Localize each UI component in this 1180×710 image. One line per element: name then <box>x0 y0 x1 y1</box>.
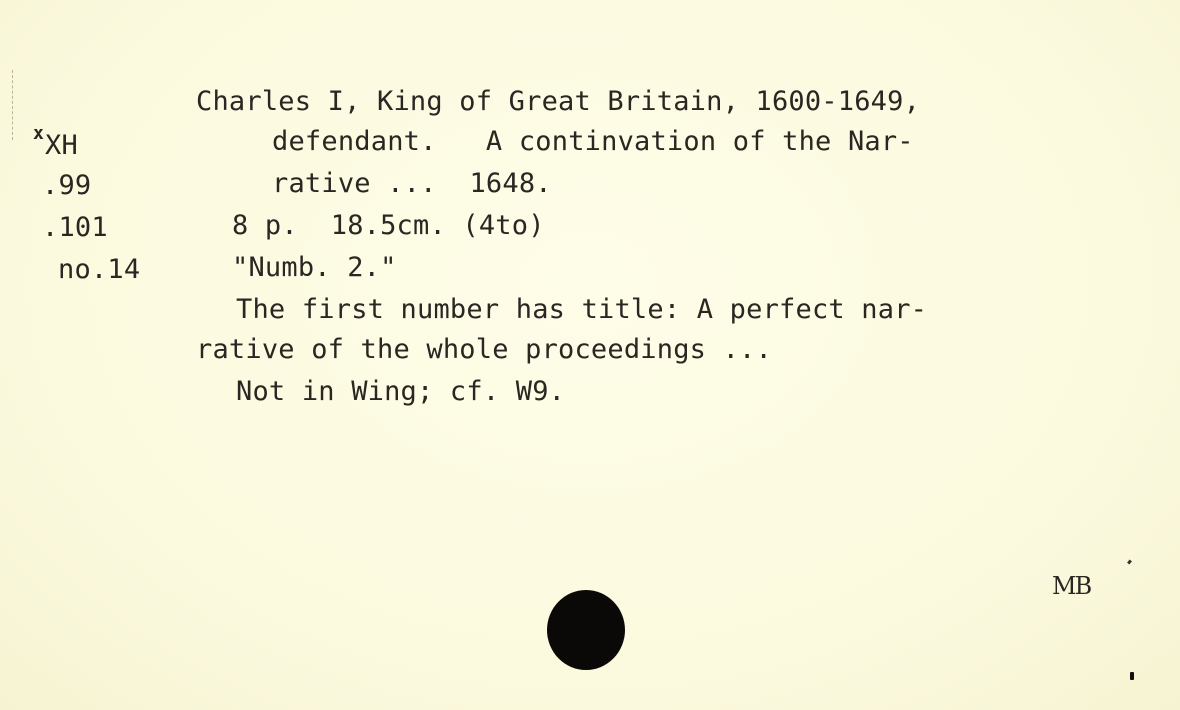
entry-title-continuation: rative ... 1648. <box>272 170 552 197</box>
call-number-line-4: no.14 <box>58 256 140 283</box>
ink-speck <box>1130 672 1134 680</box>
ink-speck <box>1127 560 1132 565</box>
entry-note-3: Not in Wing; cf. W9. <box>236 378 565 405</box>
entry-heading-continuation: defendant. A continvation of the Nar- <box>272 128 914 155</box>
call-number-line-1: XH <box>45 132 78 159</box>
entry-heading: Charles I, King of Great Britain, 1600-1… <box>196 88 920 115</box>
card-punch-hole <box>547 590 625 670</box>
entry-collation: 8 p. 18.5cm. (4to) <box>232 212 545 239</box>
call-number-prefix-mark: x <box>33 123 44 144</box>
call-number-line-3: .101 <box>42 214 108 241</box>
entry-note-1: "Numb. 2." <box>232 254 397 281</box>
cataloger-initials: MB <box>1052 572 1090 600</box>
entry-note-2: The first number has title: A perfect na… <box>236 296 927 323</box>
entry-note-2-continuation: rative of the whole proceedings ... <box>196 336 772 363</box>
call-number-line-2: .99 <box>42 172 91 199</box>
catalog-card: x XH .99 .101 no.14 Charles I, King of G… <box>0 0 1180 710</box>
card-edge-mark <box>12 70 14 140</box>
